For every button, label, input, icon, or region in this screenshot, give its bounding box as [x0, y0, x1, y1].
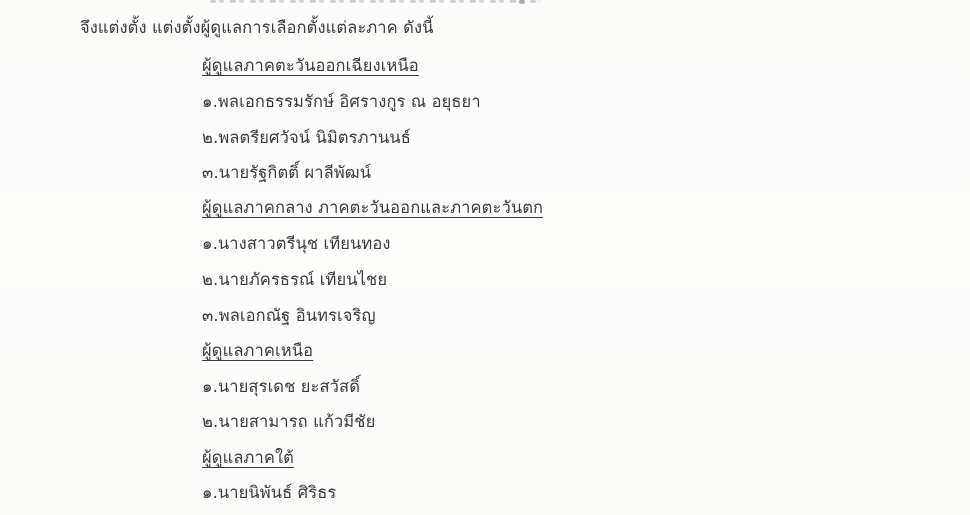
cropped-text-ink — [210, 0, 540, 3]
cropped-diacritic-mark — [519, 0, 525, 4]
member-item: ๒.นายภัครธรณ์ เทียนไชย — [202, 269, 387, 291]
member-item: ๑.พลเอกธรรมรักษ์ อิศรางกูร ณ อยุธยา — [202, 91, 481, 113]
member-item: ๑.นางสาวตรีนุช เทียนทอง — [202, 233, 391, 255]
section-heading-north: ผู้ดูแลภาคเหนือ — [202, 340, 313, 362]
intro-sentence: จึงแต่งตั้ง แต่งตั้งผู้ดูแลการเลือกตั้งแ… — [80, 17, 434, 39]
member-item: ๑.นายนิพันธ์ ศิริธร — [202, 482, 336, 504]
section-heading-northeast: ผู้ดูแลภาคตะวันออกเฉียงเหนือ — [202, 55, 419, 77]
member-item: ๒.นายสามารถ แก้วมีชัย — [202, 411, 375, 433]
member-item: ๒.พลตรียศวัจน์ นิมิตรภานนธ์ — [202, 127, 411, 149]
member-item: ๓.พลเอกณัฐ อินทรเจริญ — [202, 305, 376, 327]
section-heading-central-east-west: ผู้ดูแลภาคกลาง ภาคตะวันออกและภาคตะวันตก — [202, 197, 543, 219]
member-item: ๑.นายสุรเดช ยะสวัสดิ์ — [202, 376, 360, 398]
section-heading-south: ผู้ดูแลภาคใต้ — [202, 447, 294, 469]
cropped-text-line — [210, 0, 540, 3]
member-item: ๓.นายรัฐกิตติ์ ผาลีพัฒน์ — [202, 162, 371, 184]
document-page: จึงแต่งตั้ง แต่งตั้งผู้ดูแลการเลือกตั้งแ… — [0, 0, 970, 515]
